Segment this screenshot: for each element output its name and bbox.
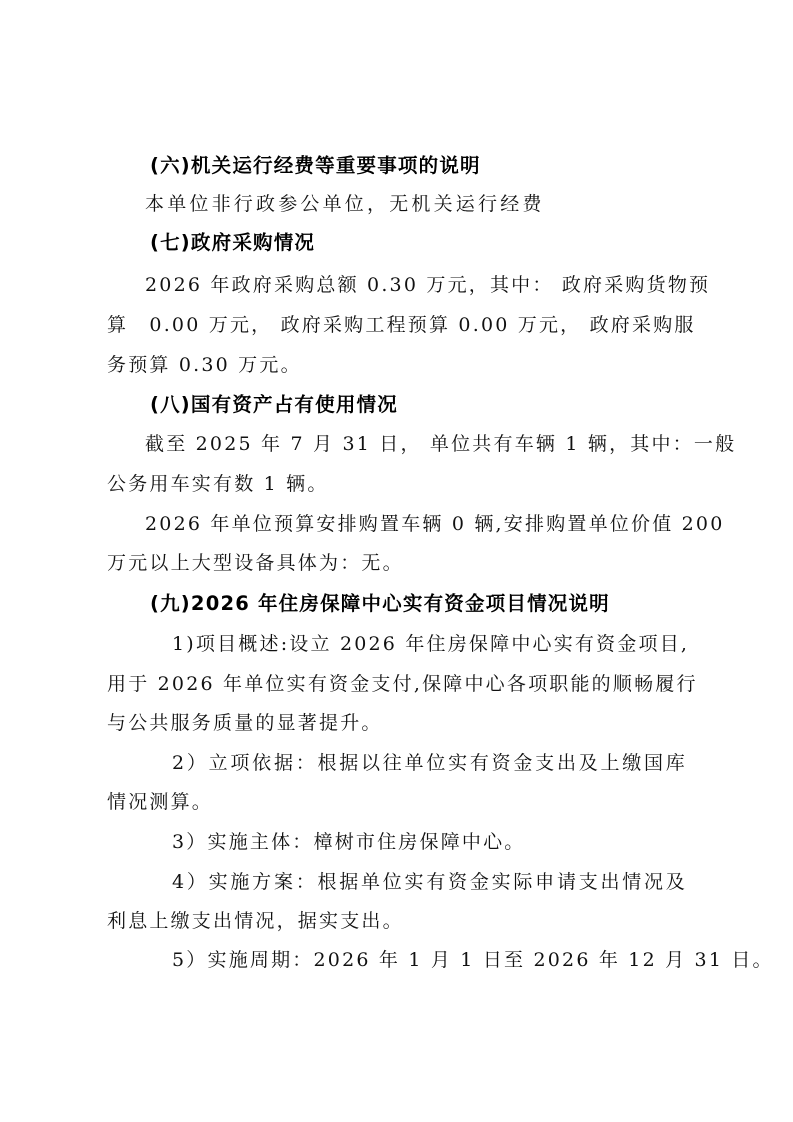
paragraph-line: 1)项目概述:设立 2026 年住房保障中心实有资金项目, [172, 632, 687, 656]
section-heading-7: (七)政府采购情况 [150, 231, 730, 255]
paragraph-line: 公务用车实有数 1 辆。 [107, 472, 687, 496]
paragraph-line: 5）实施周期：2026 年 1 月 1 日至 2026 年 12 月 31 日。 [172, 948, 687, 972]
paragraph-line: 4）实施方案：根据单位实有资金实际申请支出情况及 [172, 870, 687, 894]
paragraph-line: 算 0.00 万元， 政府采购工程预算 0.00 万元， 政府采购服 [107, 313, 687, 337]
paragraph-line: 3）实施主体：樟树市住房保障中心。 [172, 830, 687, 854]
paragraph-line: 本单位非行政参公单位，无机关运行经费 [145, 192, 725, 216]
paragraph-line: 2）立项依据：根据以往单位实有资金支出及上缴国库 [172, 751, 687, 775]
paragraph-line: 情况测算。 [107, 790, 687, 814]
paragraph-line: 用于 2026 年单位实有资金支付,保障中心各项职能的顺畅履行 [107, 672, 687, 696]
paragraph-line: 与公共服务质量的显著提升。 [107, 711, 687, 735]
section-heading-8: (八)国有资产占有使用情况 [150, 393, 730, 417]
paragraph-line: 利息上缴支出情况，据实支出。 [107, 909, 687, 933]
paragraph-line: 万元以上大型设备具体为：无。 [107, 551, 687, 575]
paragraph-line: 2026 年政府采购总额 0.30 万元，其中： 政府采购货物预 [145, 273, 687, 297]
paragraph-line: 截至 2025 年 7 月 31 日， 单位共有车辆 1 辆，其中：一般 [145, 432, 687, 456]
section-heading-6: (六)机关运行经费等重要事项的说明 [150, 154, 730, 178]
section-heading-9: (九)2026 年住房保障中心实有资金项目情况说明 [150, 592, 730, 616]
paragraph-line: 2026 年单位预算安排购置车辆 0 辆,安排购置单位价值 200 [145, 512, 687, 536]
paragraph-line: 务预算 0.30 万元。 [107, 353, 687, 377]
